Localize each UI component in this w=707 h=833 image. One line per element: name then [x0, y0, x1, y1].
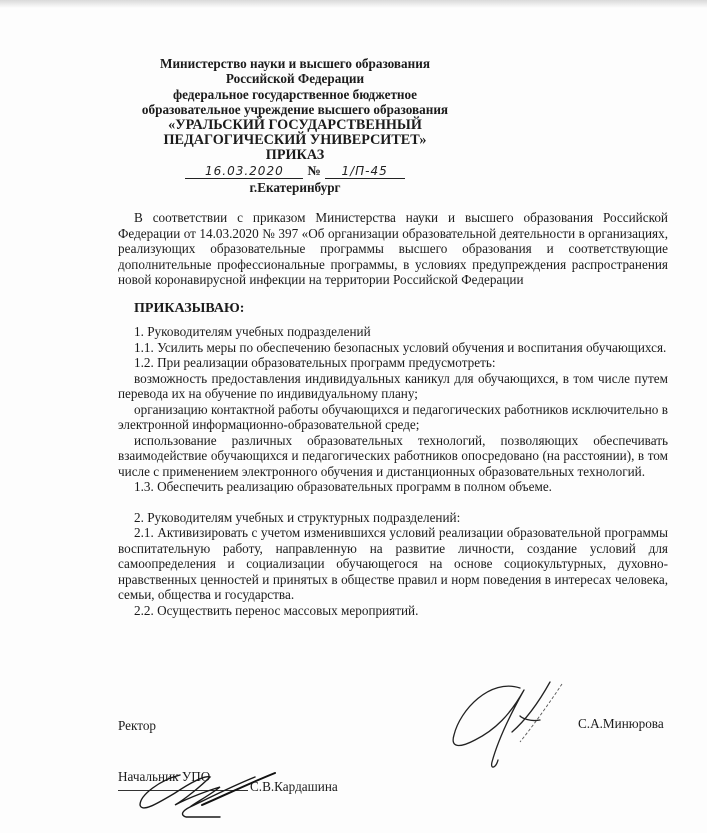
- spacer: [118, 495, 668, 510]
- university-name-line-1: «УРАЛЬСКИЙ ГОСУДАРСТВЕННЫЙ: [130, 118, 460, 133]
- document-body: В соответствии с приказом Министерства н…: [118, 210, 668, 618]
- rector-signature-icon: [450, 680, 580, 780]
- head-signature-icon: [130, 765, 280, 820]
- rector-name: С.А.Минюрова: [578, 716, 664, 732]
- section-1-title: 1. Руководителям учебных подразделений: [118, 324, 668, 340]
- ministry-line-2: Российской Федерации: [130, 71, 460, 86]
- item-1-2-a: возможность предоставления индивидуальны…: [118, 371, 668, 402]
- item-1-1: 1.1. Усилить меры по обеспечению безопас…: [118, 340, 668, 356]
- document-header: Министерство науки и высшего образования…: [130, 56, 460, 195]
- city: г.Екатеринбург: [130, 180, 460, 195]
- order-heading: ПРИКАЗЫВАЮ:: [134, 301, 668, 317]
- scan-top-shadow: [0, 0, 707, 8]
- preamble: В соответствии с приказом Министерства н…: [118, 210, 668, 288]
- university-name-line-2: ПЕДАГОГИЧЕСКИЙ УНИВЕРСИТЕТ»: [130, 133, 460, 148]
- institution-type-line-1: федеральное государственное бюджетное: [130, 87, 460, 102]
- order-date-number-line: 16.03.2020 № 1/П-45: [130, 164, 460, 179]
- item-1-2-c: использование различных образовательных …: [118, 433, 668, 480]
- item-1-3: 1.3. Обеспечить реализацию образовательн…: [118, 479, 668, 495]
- section-2-title: 2. Руководителям учебных и структурных п…: [118, 510, 668, 526]
- document-type: ПРИКАЗ: [130, 148, 460, 163]
- item-2-1: 2.1. Активизировать с учетом изменившихс…: [118, 525, 668, 603]
- rector-title: Ректор: [118, 718, 156, 734]
- item-1-2-b: организацию контактной работы обучающихс…: [118, 402, 668, 433]
- order-number: 1/П-45: [325, 165, 405, 179]
- item-2-2: 2.2. Осуществить перенос массовых меропр…: [118, 603, 668, 619]
- item-1-2: 1.2. При реализации образовательных прог…: [118, 355, 668, 371]
- institution-type-line-2: образовательное учреждение высшего образ…: [130, 102, 460, 117]
- ministry-line-1: Министерство науки и высшего образования: [130, 56, 460, 71]
- order-date: 16.03.2020: [185, 165, 303, 179]
- number-sign: №: [307, 163, 320, 178]
